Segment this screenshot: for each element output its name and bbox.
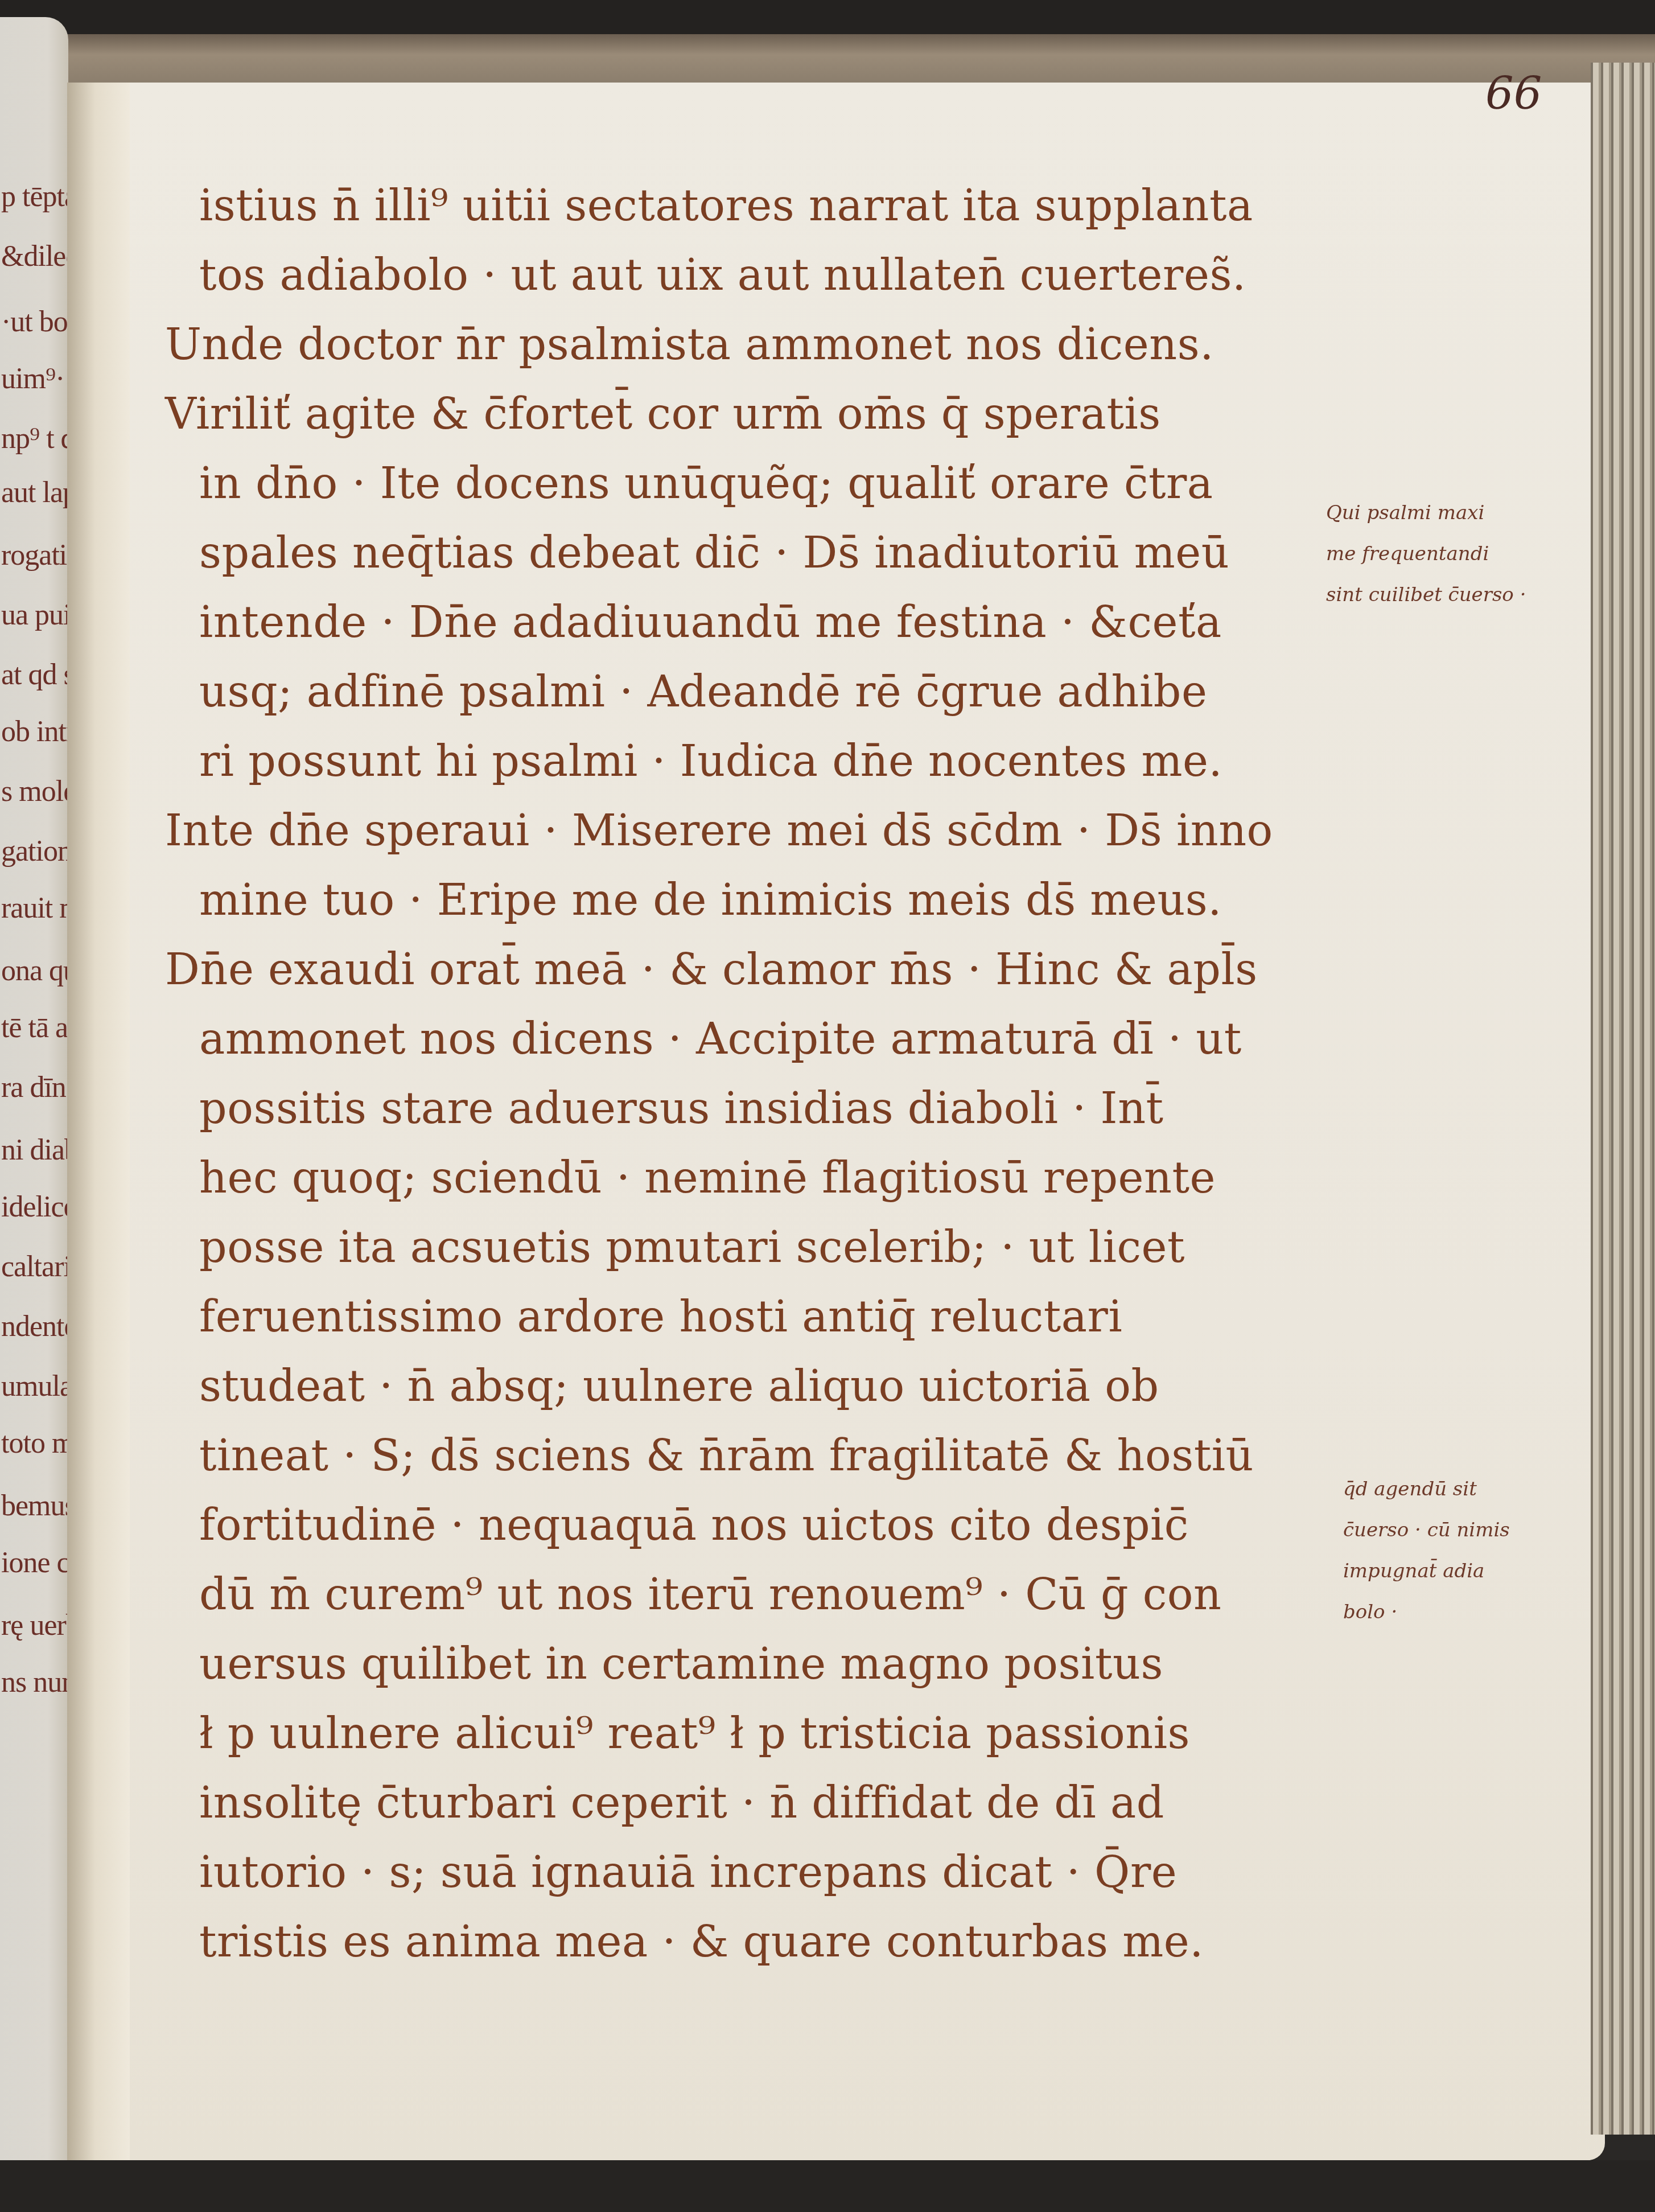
facing-fragment: bemus· [1, 1491, 68, 1521]
facing-fragment: ni diabo [1, 1136, 68, 1165]
marginal-line: me frequentandi [1326, 533, 1526, 574]
gutter-shadow [67, 83, 130, 2166]
marginal-note-psalms: Qui psalmi maxi me frequentandi sint cui… [1326, 492, 1526, 615]
facing-fragment: uim⁹· ad [1, 364, 68, 394]
text-line: studeat · n̄ absq; uulnere aliquo uictor… [165, 1351, 1326, 1421]
text-line: mine tuo · Eripe me de inimicis meis ds̄… [165, 865, 1326, 935]
facing-fragment: ra dīn p [1, 1073, 68, 1103]
facing-fragment: rogati [1, 541, 67, 570]
facing-page-edge: p tēpta &dilec ·ut bona uim⁹· ad np⁹ t q… [0, 17, 68, 2169]
text-line: Inte dn̄e speraui · Miserere mei ds̄ sc̄… [165, 796, 1326, 865]
text-line: hec quoq; sciendū · neminē flagitiosū re… [165, 1143, 1326, 1212]
marginal-line: q̄d agendū sit [1343, 1469, 1510, 1510]
text-line: tos adiabolo · ut aut uix aut nullaten̄ … [165, 240, 1326, 310]
facing-fragment: rę uerba [1, 1611, 68, 1641]
facing-fragment: ona qui [1, 956, 68, 986]
text-line: dū m̄ curem⁹ ut nos iterū renouem⁹ · Cū … [165, 1560, 1326, 1629]
facing-fragment: umulabit [1, 1372, 68, 1401]
facing-fragment: ndentes [1, 1312, 68, 1342]
text-line: intende · Dn̄e adadiuuandū me festina · … [165, 587, 1326, 657]
marginal-line: bolo · [1343, 1592, 1510, 1633]
text-line: in dn̄o · Ite docens unūquẽq; qualiť ora… [165, 449, 1326, 518]
facing-fragment: idelicet [1, 1193, 68, 1222]
facing-fragment: aut lap [1, 478, 68, 508]
text-line: istius n̄ illi⁹ uitii sectatores narrat … [165, 171, 1326, 240]
text-line: tristis es anima mea · & quare conturbas… [165, 1907, 1326, 1976]
facing-fragment: toto mi [1, 1429, 68, 1458]
folio-number: 66 [1485, 68, 1542, 120]
scan-background-bottom [0, 2160, 1655, 2212]
facing-fragment: ob intr [1, 717, 68, 747]
text-line: Unde doctor n̄r psalmista ammonet nos di… [165, 310, 1326, 379]
marginal-line: Qui psalmi maxi [1326, 492, 1526, 533]
facing-fragment: ns nunc [1, 1668, 68, 1697]
facing-fragment: rauit mi [1, 894, 68, 923]
marginal-line: impugnat̄ adia [1343, 1551, 1510, 1592]
text-line: ri possunt hi psalmi · Iudica dn̄e nocen… [165, 726, 1326, 796]
facing-fragment: ione ca [1, 1548, 68, 1578]
text-line: possitis stare aduersus insidias diaboli… [165, 1074, 1326, 1143]
text-line: spales neq̄tias debeat dic̄ · Ds̄ inadiu… [165, 518, 1326, 587]
text-line: usq; adfinē psalmi · Adeandē rē c̄grue a… [165, 657, 1326, 726]
marginal-line: sint cuilibet c̄uerso · [1326, 574, 1526, 615]
facing-fragment: ·ut bona [1, 307, 68, 337]
text-line: fortitudinē · nequaquā nos uictos cito d… [165, 1490, 1326, 1560]
text-line: iutorio · s; suā ignauiā increpans dicat… [165, 1837, 1326, 1907]
facing-fragment: at qd sin [1, 660, 68, 690]
facing-fragment: &dilec [1, 242, 68, 272]
facing-fragment: np⁹ t qd [1, 424, 68, 454]
facing-fragment: p tēpta [1, 182, 68, 212]
page-stack-edge [1591, 63, 1655, 2135]
text-line: ł p uulnere alicui⁹ reat⁹ ł p tristicia … [165, 1699, 1326, 1768]
text-line: Viriliť agite & c̄fortet̄ cor urm̄ om̄s … [165, 379, 1326, 449]
facing-fragment: s molest [1, 777, 68, 807]
binding-top-edge [63, 34, 1655, 85]
facing-fragment: tē tā ab [1, 1013, 68, 1043]
text-line: tineat · S; ds̄ sciens & n̄rām fragilita… [165, 1421, 1326, 1490]
marginal-note-conversion: q̄d agendū sit c̄uerso · cū nimis impugn… [1343, 1469, 1510, 1633]
text-line: uersus quilibet in certamine magno posit… [165, 1629, 1326, 1699]
facing-fragment: gationi [1, 837, 68, 866]
marginal-line: c̄uerso · cū nimis [1343, 1510, 1510, 1551]
facing-fragment: ua puid [1, 601, 68, 630]
facing-fragment: caltari [1, 1252, 68, 1282]
main-text-block: istius n̄ illi⁹ uitii sectatores narrat … [165, 171, 1326, 1976]
text-line: Dn̄e exaudi orat̄ meā · & clamor m̄s · H… [165, 935, 1326, 1004]
text-line: feruentissimo ardore hosti antiq̄ reluct… [165, 1282, 1326, 1351]
text-line: ammonet nos dicens · Accipite armaturā d… [165, 1004, 1326, 1074]
text-line: posse ita acsuetis pmutari scelerib; · u… [165, 1212, 1326, 1282]
text-line: insolitę c̄turbari ceperit · n̄ diffidat… [165, 1768, 1326, 1837]
